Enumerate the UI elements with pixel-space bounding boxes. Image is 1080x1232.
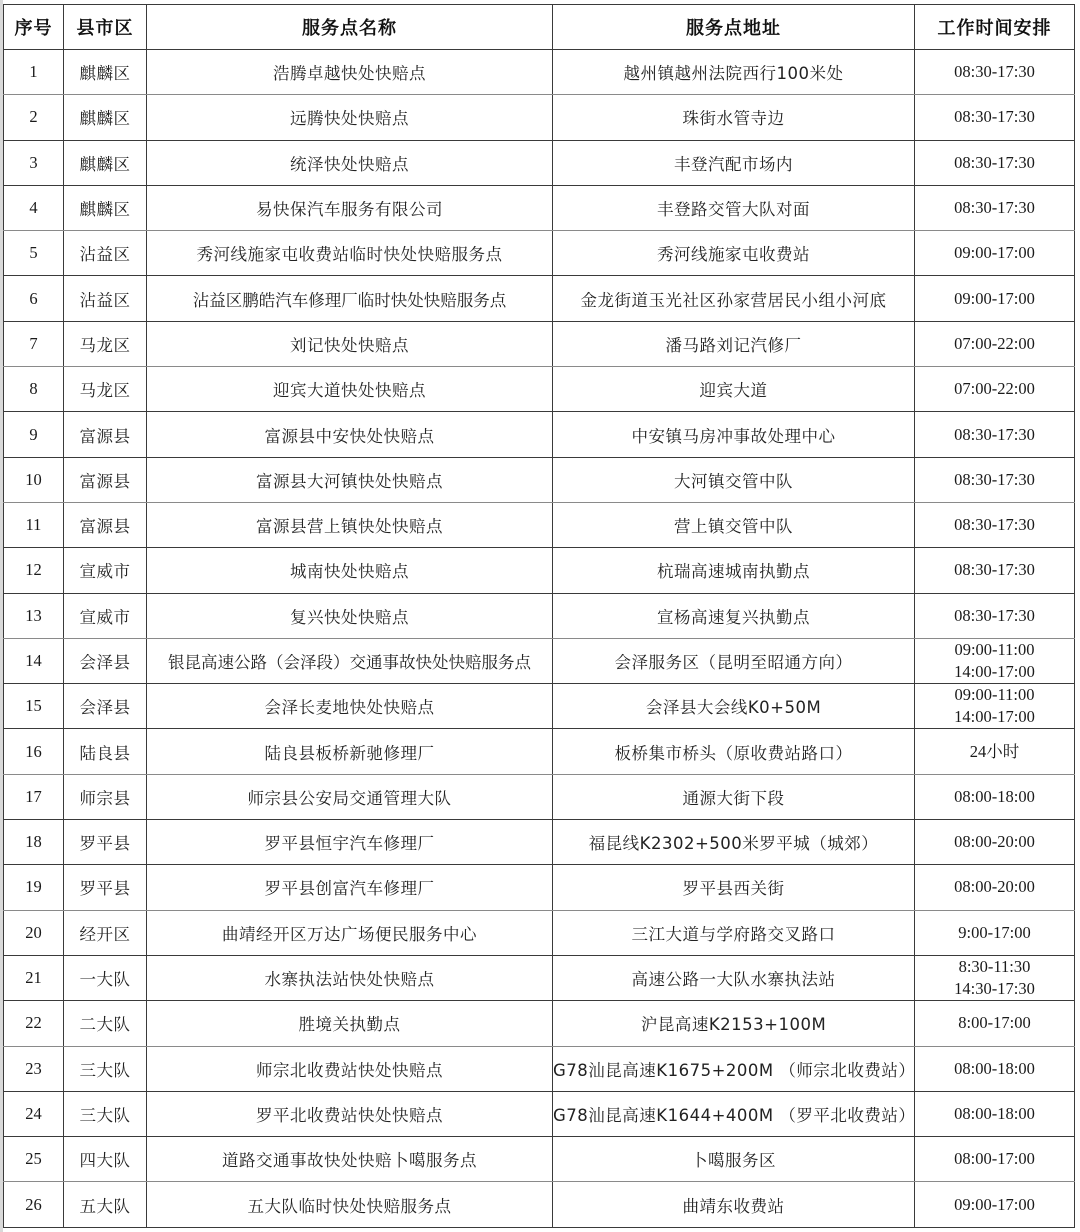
cell-area: 宣威市 [64,548,147,593]
cell-hours: 09:00-17:00 [915,1182,1075,1227]
cell-name: 曲靖经开区万达广场便民服务中心 [147,910,553,955]
cell-hours: 08:30-17:30 [915,140,1075,185]
hours-line: 09:00-11:00 [915,639,1074,661]
cell-no: 17 [4,774,64,819]
cell-no: 16 [4,729,64,774]
cell-area: 麒麟区 [64,95,147,140]
hours-line: 09:00-17:00 [915,1194,1074,1216]
cell-area: 师宗县 [64,774,147,819]
cell-no: 15 [4,684,64,729]
hours-line: 09:00-17:00 [915,242,1074,264]
cell-hours: 08:00-18:00 [915,1046,1075,1091]
cell-address: 越州镇越州法院西行100米处 [553,50,915,95]
table-body: 1麒麟区浩腾卓越快处快赔点越州镇越州法院西行100米处08:30-17:302麒… [4,50,1075,1228]
hours-line: 09:00-11:00 [915,684,1074,706]
hours-line: 08:30-17:30 [915,559,1074,581]
header-address: 服务点地址 [553,5,915,50]
cell-hours: 24小时 [915,729,1075,774]
hours-line: 08:00-20:00 [915,876,1074,898]
cell-area: 陆良县 [64,729,147,774]
hours-line: 07:00-22:00 [915,333,1074,355]
cell-no: 4 [4,185,64,230]
cell-address: 潘马路刘记汽修厂 [553,321,915,366]
table-row: 1麒麟区浩腾卓越快处快赔点越州镇越州法院西行100米处08:30-17:30 [4,50,1075,95]
cell-area: 富源县 [64,457,147,502]
cell-area: 麒麟区 [64,185,147,230]
cell-name: 会泽长麦地快处快赔点 [147,684,553,729]
header-name: 服务点名称 [147,5,553,50]
cell-name: 富源县中安快处快赔点 [147,412,553,457]
cell-address: 通源大街下段 [553,774,915,819]
hours-line: 08:00-17:00 [915,1148,1074,1170]
cell-hours: 08:30-17:30 [915,593,1075,638]
hours-line: 14:00-17:00 [915,706,1074,728]
table-row: 21一大队水寨执法站快处快赔点高速公路一大队水寨执法站8:30-11:3014:… [4,955,1075,1000]
cell-hours: 9:00-17:00 [915,910,1075,955]
cell-no: 25 [4,1137,64,1182]
cell-name: 刘记快处快赔点 [147,321,553,366]
cell-name: 迎宾大道快处快赔点 [147,367,553,412]
cell-address: 卜噶服务区 [553,1137,915,1182]
cell-area: 马龙区 [64,367,147,412]
cell-area: 罗平县 [64,820,147,865]
table-row: 8马龙区迎宾大道快处快赔点迎宾大道07:00-22:00 [4,367,1075,412]
cell-area: 四大队 [64,1137,147,1182]
cell-hours: 08:30-17:30 [915,548,1075,593]
cell-no: 19 [4,865,64,910]
hours-line: 08:30-17:30 [915,152,1074,174]
table-row: 2麒麟区远腾快处快赔点珠街水管寺边08:30-17:30 [4,95,1075,140]
cell-name: 复兴快处快赔点 [147,593,553,638]
cell-hours: 09:00-11:0014:00-17:00 [915,638,1075,683]
hours-line: 08:30-17:30 [915,197,1074,219]
cell-area: 麒麟区 [64,140,147,185]
table-row: 6沾益区沾益区鹏皓汽车修理厂临时快处快赔服务点金龙街道玉光社区孙家营居民小组小河… [4,276,1075,321]
cell-area: 五大队 [64,1182,147,1227]
cell-name: 沾益区鹏皓汽车修理厂临时快处快赔服务点 [147,276,553,321]
table-row: 17师宗县师宗县公安局交通管理大队通源大街下段08:00-18:00 [4,774,1075,819]
cell-address: 丰登汽配市场内 [553,140,915,185]
cell-area: 罗平县 [64,865,147,910]
table-row: 20经开区曲靖经开区万达广场便民服务中心三江大道与学府路交叉路口9:00-17:… [4,910,1075,955]
cell-address: 大河镇交管中队 [553,457,915,502]
cell-name: 秀河线施家屯收费站临时快处快赔服务点 [147,231,553,276]
cell-address: 丰登路交管大队对面 [553,185,915,230]
service-points-table: 序号 县市区 服务点名称 服务点地址 工作时间安排 1麒麟区浩腾卓越快处快赔点越… [3,4,1075,1228]
cell-hours: 08:30-17:30 [915,412,1075,457]
cell-address: 迎宾大道 [553,367,915,412]
cell-address: 会泽服务区（昆明至昭通方向） [553,638,915,683]
table-row: 4麒麟区易快保汽车服务有限公司丰登路交管大队对面08:30-17:30 [4,185,1075,230]
cell-no: 9 [4,412,64,457]
cell-name: 银昆高速公路（会泽段）交通事故快处快赔服务点 [147,638,553,683]
cell-address: 沪昆高速K2153+100M [553,1001,915,1046]
hours-line: 08:30-17:30 [915,514,1074,536]
hours-line: 8:00-17:00 [915,1012,1074,1034]
cell-hours: 08:30-17:30 [915,457,1075,502]
cell-address: G78汕昆高速K1644+400M （罗平北收费站） [553,1091,915,1136]
cell-name: 城南快处快赔点 [147,548,553,593]
table-row: 9富源县富源县中安快处快赔点中安镇马房冲事故处理中心08:30-17:30 [4,412,1075,457]
table-row: 10富源县富源县大河镇快处快赔点大河镇交管中队08:30-17:30 [4,457,1075,502]
hours-line: 14:00-17:00 [915,661,1074,683]
cell-address: 珠街水管寺边 [553,95,915,140]
cell-no: 11 [4,502,64,547]
cell-hours: 09:00-17:00 [915,276,1075,321]
cell-area: 二大队 [64,1001,147,1046]
cell-no: 18 [4,820,64,865]
cell-name: 陆良县板桥新驰修理厂 [147,729,553,774]
cell-area: 沾益区 [64,231,147,276]
table-row: 26五大队五大队临时快处快赔服务点曲靖东收费站09:00-17:00 [4,1182,1075,1227]
cell-hours: 09:00-17:00 [915,231,1075,276]
cell-hours: 09:00-11:0014:00-17:00 [915,684,1075,729]
cell-address: 营上镇交管中队 [553,502,915,547]
cell-hours: 8:00-17:00 [915,1001,1075,1046]
table-row: 14会泽县银昆高速公路（会泽段）交通事故快处快赔服务点会泽服务区（昆明至昭通方向… [4,638,1075,683]
hours-line: 08:00-18:00 [915,786,1074,808]
cell-name: 水寨执法站快处快赔点 [147,955,553,1000]
cell-area: 富源县 [64,502,147,547]
cell-address: 杭瑞高速城南执勤点 [553,548,915,593]
cell-address: 福昆线K2302+500米罗平城（城郊） [553,820,915,865]
table-row: 15会泽县会泽长麦地快处快赔点会泽县大会线K0+50M09:00-11:0014… [4,684,1075,729]
cell-name: 胜境关执勤点 [147,1001,553,1046]
table-row: 5沾益区秀河线施家屯收费站临时快处快赔服务点秀河线施家屯收费站09:00-17:… [4,231,1075,276]
cell-name: 师宗县公安局交通管理大队 [147,774,553,819]
header-area: 县市区 [64,5,147,50]
cell-name: 五大队临时快处快赔服务点 [147,1182,553,1227]
cell-hours: 08:00-17:00 [915,1137,1075,1182]
header-no: 序号 [4,5,64,50]
cell-no: 26 [4,1182,64,1227]
cell-area: 经开区 [64,910,147,955]
cell-area: 富源县 [64,412,147,457]
cell-no: 20 [4,910,64,955]
cell-no: 6 [4,276,64,321]
hours-line: 09:00-17:00 [915,288,1074,310]
table-row: 13宣威市复兴快处快赔点宣杨高速复兴执勤点08:30-17:30 [4,593,1075,638]
hours-line: 08:00-20:00 [915,831,1074,853]
header-row: 序号 县市区 服务点名称 服务点地址 工作时间安排 [4,5,1075,50]
cell-name: 富源县大河镇快处快赔点 [147,457,553,502]
cell-address: 宣杨高速复兴执勤点 [553,593,915,638]
table-row: 22二大队胜境关执勤点沪昆高速K2153+100M8:00-17:00 [4,1001,1075,1046]
cell-area: 麒麟区 [64,50,147,95]
cell-no: 13 [4,593,64,638]
hours-line: 08:30-17:30 [915,469,1074,491]
cell-name: 统泽快处快赔点 [147,140,553,185]
cell-address: 罗平县西关街 [553,865,915,910]
cell-no: 24 [4,1091,64,1136]
table-row: 16陆良县陆良县板桥新驰修理厂板桥集市桥头（原收费站路口）24小时 [4,729,1075,774]
cell-address: 中安镇马房冲事故处理中心 [553,412,915,457]
hours-line: 24小时 [915,741,1074,763]
cell-hours: 08:30-17:30 [915,50,1075,95]
cell-area: 会泽县 [64,684,147,729]
table-row: 19罗平县罗平县创富汽车修理厂罗平县西关街08:00-20:00 [4,865,1075,910]
cell-area: 沾益区 [64,276,147,321]
hours-line: 8:30-11:30 [915,956,1074,978]
cell-no: 7 [4,321,64,366]
cell-no: 10 [4,457,64,502]
cell-address: 金龙街道玉光社区孙家营居民小组小河底 [553,276,915,321]
table-row: 7马龙区刘记快处快赔点潘马路刘记汽修厂07:00-22:00 [4,321,1075,366]
cell-name: 道路交通事故快处快赔卜噶服务点 [147,1137,553,1182]
cell-area: 马龙区 [64,321,147,366]
cell-no: 5 [4,231,64,276]
hours-line: 14:30-17:30 [915,978,1074,1000]
cell-name: 浩腾卓越快处快赔点 [147,50,553,95]
cell-no: 21 [4,955,64,1000]
cell-name: 富源县营上镇快处快赔点 [147,502,553,547]
cell-no: 12 [4,548,64,593]
cell-address: 高速公路一大队水寨执法站 [553,955,915,1000]
cell-hours: 08:00-18:00 [915,774,1075,819]
hours-line: 08:00-18:00 [915,1058,1074,1080]
cell-address: G78汕昆高速K1675+200M （师宗北收费站） [553,1046,915,1091]
cell-area: 会泽县 [64,638,147,683]
table-row: 25四大队道路交通事故快处快赔卜噶服务点卜噶服务区08:00-17:00 [4,1137,1075,1182]
hours-line: 07:00-22:00 [915,378,1074,400]
cell-no: 14 [4,638,64,683]
cell-hours: 08:00-20:00 [915,865,1075,910]
table-row: 24三大队罗平北收费站快处快赔点G78汕昆高速K1644+400M （罗平北收费… [4,1091,1075,1136]
cell-area: 宣威市 [64,593,147,638]
cell-hours: 08:30-17:30 [915,502,1075,547]
cell-hours: 07:00-22:00 [915,321,1075,366]
hours-line: 9:00-17:00 [915,922,1074,944]
cell-hours: 08:30-17:30 [915,185,1075,230]
table-row: 11富源县富源县营上镇快处快赔点营上镇交管中队08:30-17:30 [4,502,1075,547]
table-row: 12宣威市城南快处快赔点杭瑞高速城南执勤点08:30-17:30 [4,548,1075,593]
cell-address: 板桥集市桥头（原收费站路口） [553,729,915,774]
cell-name: 罗平县创富汽车修理厂 [147,865,553,910]
cell-no: 3 [4,140,64,185]
cell-area: 三大队 [64,1046,147,1091]
cell-address: 三江大道与学府路交叉路口 [553,910,915,955]
hours-line: 08:30-17:30 [915,605,1074,627]
cell-name: 罗平北收费站快处快赔点 [147,1091,553,1136]
table-row: 18罗平县罗平县恒宇汽车修理厂福昆线K2302+500米罗平城（城郊）08:00… [4,820,1075,865]
cell-no: 23 [4,1046,64,1091]
table-row: 3麒麟区统泽快处快赔点丰登汽配市场内08:30-17:30 [4,140,1075,185]
table-row: 23三大队师宗北收费站快处快赔点G78汕昆高速K1675+200M （师宗北收费… [4,1046,1075,1091]
cell-hours: 08:00-20:00 [915,820,1075,865]
cell-area: 一大队 [64,955,147,1000]
hours-line: 08:00-18:00 [915,1103,1074,1125]
cell-name: 远腾快处快赔点 [147,95,553,140]
header-hours: 工作时间安排 [915,5,1075,50]
cell-no: 2 [4,95,64,140]
cell-hours: 08:30-17:30 [915,95,1075,140]
cell-address: 曲靖东收费站 [553,1182,915,1227]
cell-hours: 8:30-11:3014:30-17:30 [915,955,1075,1000]
hours-line: 08:30-17:30 [915,61,1074,83]
cell-area: 三大队 [64,1091,147,1136]
cell-hours: 08:00-18:00 [915,1091,1075,1136]
cell-address: 会泽县大会线K0+50M [553,684,915,729]
hours-line: 08:30-17:30 [915,424,1074,446]
cell-name: 易快保汽车服务有限公司 [147,185,553,230]
cell-no: 22 [4,1001,64,1046]
cell-name: 师宗北收费站快处快赔点 [147,1046,553,1091]
hours-line: 08:30-17:30 [915,106,1074,128]
cell-hours: 07:00-22:00 [915,367,1075,412]
cell-address: 秀河线施家屯收费站 [553,231,915,276]
cell-no: 8 [4,367,64,412]
cell-no: 1 [4,50,64,95]
cell-name: 罗平县恒宇汽车修理厂 [147,820,553,865]
